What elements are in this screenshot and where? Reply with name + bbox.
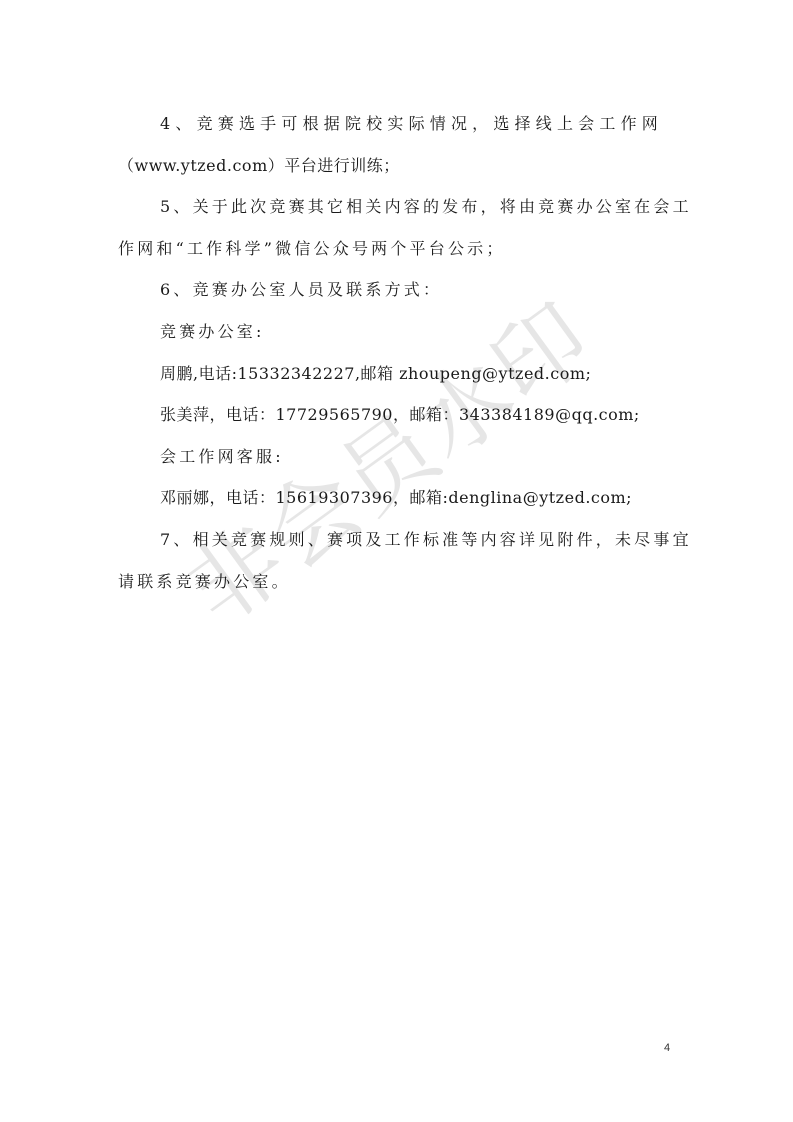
contact-zhangmeiping: 张美萍，电话：17729565790，邮箱：343384189@qq.com; [118, 394, 676, 436]
paragraph-item-6: 6、竞赛办公室人员及联系方式： [118, 269, 676, 311]
paragraph-line: （www.ytzed.com）平台进行训练； [118, 145, 676, 187]
service-heading: 会工作网客服: [118, 436, 676, 478]
paragraph-line: 5、关于此次竞赛其它相关内容的发布，将由竞赛办公室在会工 [118, 186, 676, 228]
document-page: 非会员水印 4、竞赛选手可根据院校实际情况，选择线上会工作网 （www.ytze… [0, 0, 793, 1122]
paragraph-line: 请联系竞赛办公室。 [118, 561, 676, 603]
paragraph-item-4: 4、竞赛选手可根据院校实际情况，选择线上会工作网 （www.ytzed.com）… [118, 103, 676, 186]
paragraph-item-7: 7、相关竞赛规则、赛项及工作标准等内容详见附件，未尽事宜 请联系竞赛办公室。 [118, 519, 676, 602]
paragraph-line: 6、竞赛办公室人员及联系方式： [118, 269, 676, 311]
office-heading: 竞赛办公室: [118, 311, 676, 353]
paragraph-line: 作网和“工作科学”微信公众号两个平台公示； [118, 228, 676, 270]
paragraph-line: 4、竞赛选手可根据院校实际情况，选择线上会工作网 [118, 103, 676, 145]
contact-zhoupeng: 周鹏,电话:15332342227,邮箱 zhoupeng@ytzed.com; [118, 353, 676, 395]
page-number: 4 [664, 1042, 670, 1054]
paragraph-item-5: 5、关于此次竞赛其它相关内容的发布，将由竞赛办公室在会工 作网和“工作科学”微信… [118, 186, 676, 269]
contact-denglina: 邓丽娜，电话：15619307396，邮箱:denglina@ytzed.com… [118, 477, 676, 519]
paragraph-line: 7、相关竞赛规则、赛项及工作标准等内容详见附件，未尽事宜 [118, 519, 676, 561]
document-body: 4、竞赛选手可根据院校实际情况，选择线上会工作网 （www.ytzed.com）… [118, 103, 676, 602]
